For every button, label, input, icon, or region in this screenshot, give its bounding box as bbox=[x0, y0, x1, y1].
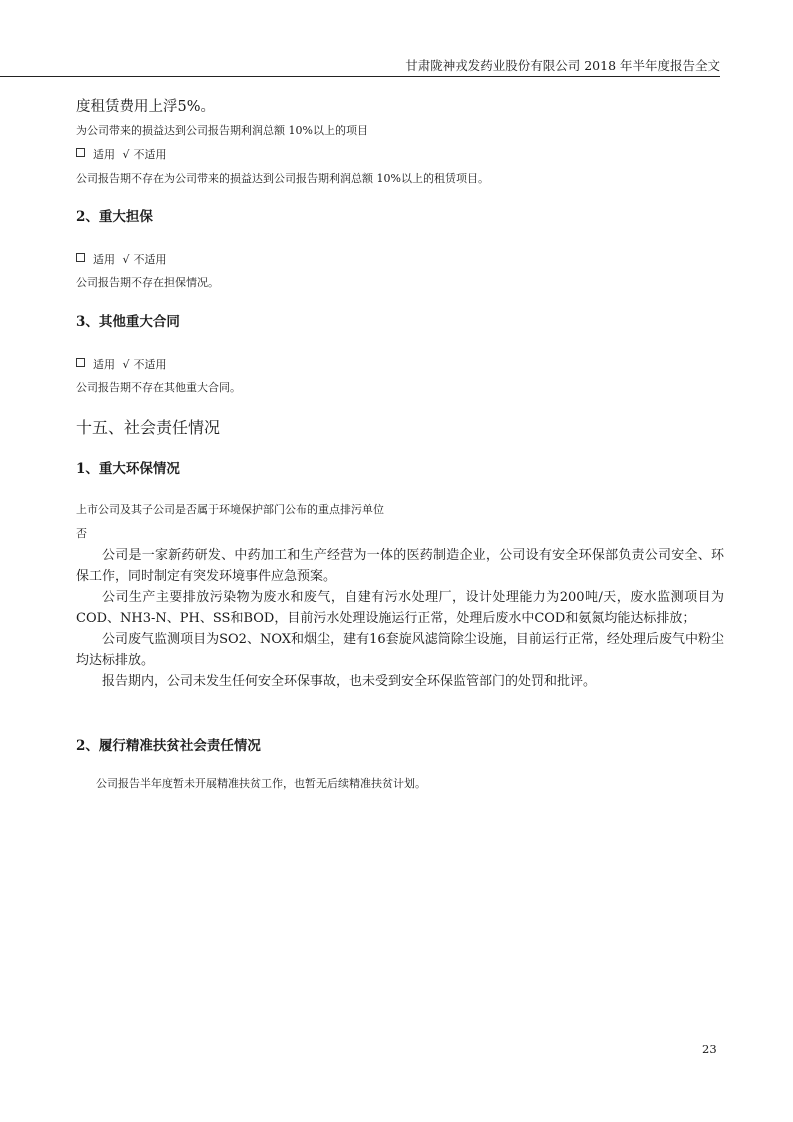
lease-statement: 公司报告期不存在为公司带来的损益达到公司报告期利润总额 10%以上的租赁项目。 bbox=[76, 172, 489, 186]
env-heading: 1、重大环保情况 bbox=[76, 460, 180, 478]
checkmark-icon: √ bbox=[123, 148, 130, 161]
lease-criteria: 为公司带来的损益达到公司报告期利润总额 10%以上的项目 bbox=[76, 124, 368, 138]
checkbox-unchecked-icon bbox=[76, 148, 85, 157]
other-contracts-statement: 公司报告期不存在其他重大合同。 bbox=[76, 381, 241, 395]
poverty-statement: 公司报告半年度暂未开展精准扶贫工作，也暂无后续精准扶贫计划。 bbox=[96, 777, 426, 791]
checkbox-unchecked-icon bbox=[76, 358, 85, 367]
checkmark-icon: √ bbox=[123, 253, 130, 266]
env-question: 上市公司及其子公司是否属于环境保护部门公布的重点排污单位 bbox=[76, 503, 384, 517]
guarantee-heading: 2、重大担保 bbox=[76, 208, 153, 226]
guarantee-applicability: 适用 √不适用 bbox=[76, 253, 167, 267]
other-contracts-heading: 3、其他重大合同 bbox=[76, 313, 180, 331]
header-title: 甘肃陇神戎发药业股份有限公司 2018 年半年度报告全文 bbox=[405, 58, 720, 74]
poverty-heading: 2、履行精准扶贫社会责任情况 bbox=[76, 737, 261, 755]
checkmark-icon: √ bbox=[123, 358, 130, 371]
lease-applicability: 适用 √不适用 bbox=[76, 148, 167, 162]
page-header: 甘肃陇神戎发药业股份有限公司 2018 年半年度报告全文 bbox=[0, 58, 720, 77]
env-paragraph: 公司生产主要排放污染物为废水和废气，自建有污水处理厂，设计处理能力为200吨/天… bbox=[76, 587, 724, 629]
page-number: 23 bbox=[702, 1042, 717, 1056]
env-paragraphs: 公司是一家新药研发、中药加工和生产经营为一体的医药制造企业，公司设有安全环保部负… bbox=[76, 545, 724, 692]
lease-continuation: 度租赁费用上浮5%。 bbox=[76, 97, 215, 117]
env-paragraph: 报告期内，公司未发生任何安全环保事故，也未受到安全环保监管部门的处罚和批评。 bbox=[76, 671, 724, 692]
guarantee-statement: 公司报告期不存在担保情况。 bbox=[76, 276, 219, 290]
checkbox-unchecked-icon bbox=[76, 253, 85, 262]
env-paragraph: 公司是一家新药研发、中药加工和生产经营为一体的医药制造企业，公司设有安全环保部负… bbox=[76, 545, 724, 587]
social-heading: 十五、社会责任情况 bbox=[76, 418, 220, 438]
other-contracts-applicability: 适用 √不适用 bbox=[76, 358, 167, 372]
env-answer: 否 bbox=[76, 527, 87, 541]
env-paragraph: 公司废气监测项目为SO2、NOX和烟尘，建有16套旋风滤筒除尘设施，目前运行正常… bbox=[76, 629, 724, 671]
